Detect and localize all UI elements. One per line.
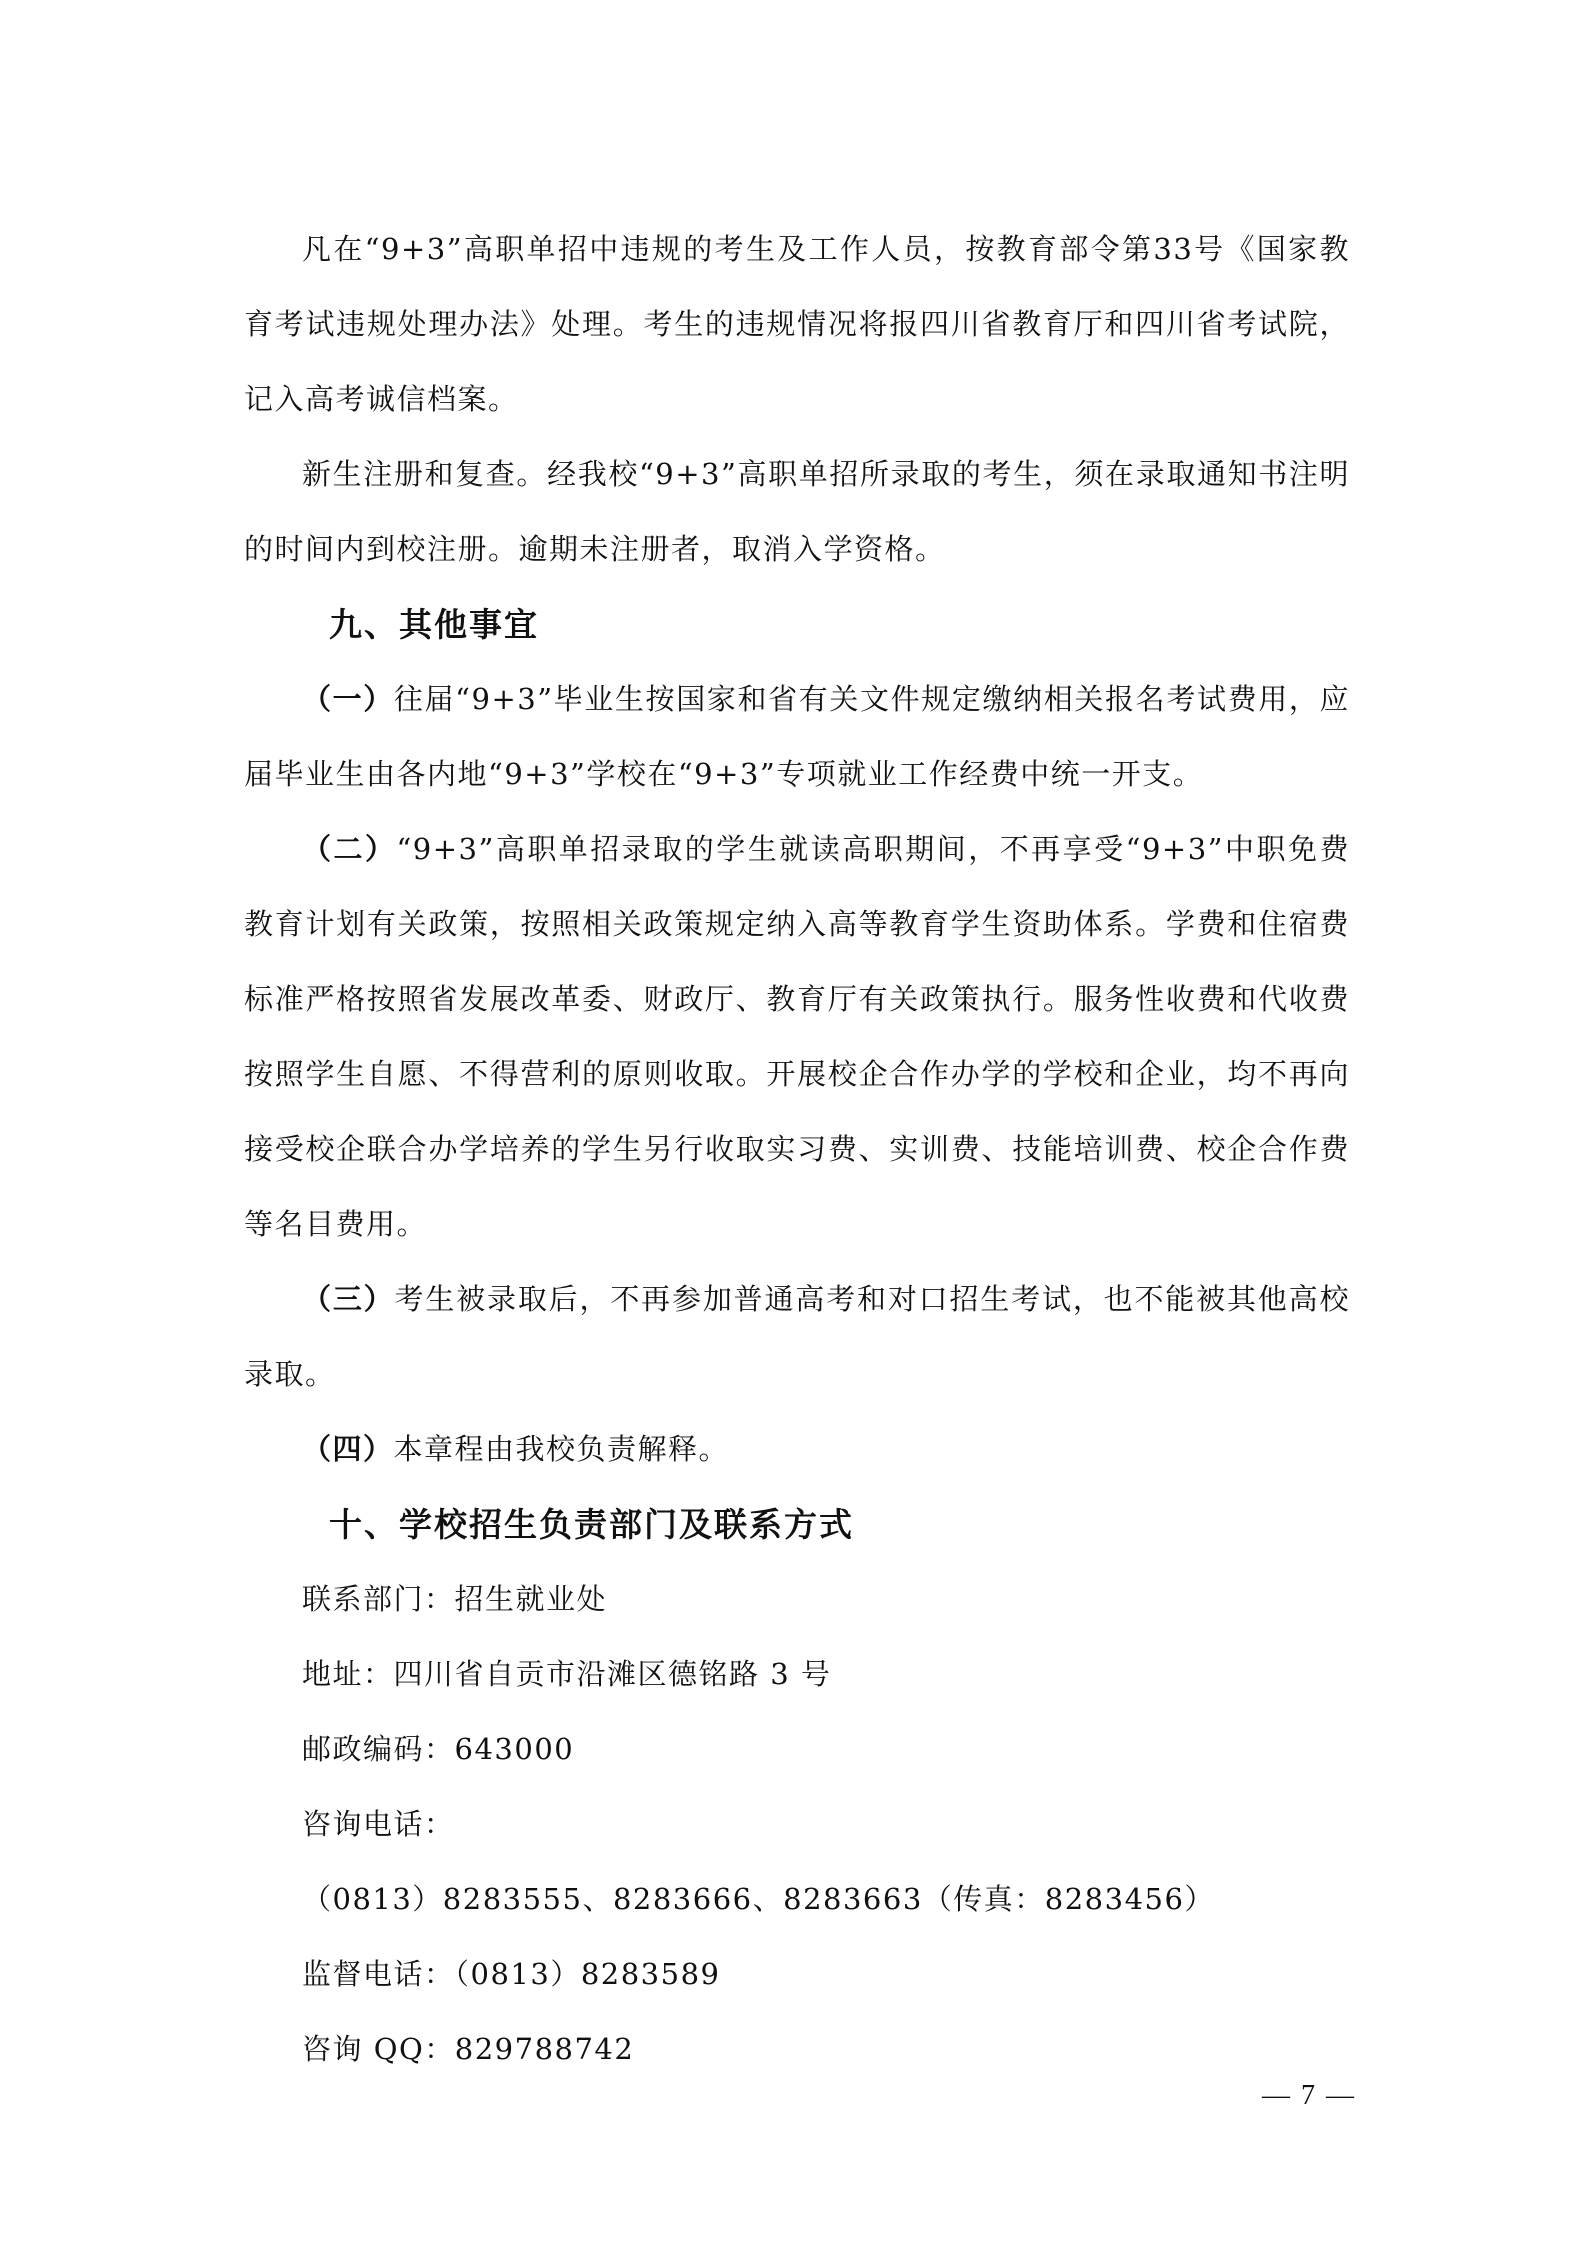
contact-qq-label: 咨询 QQ： [302,2032,455,2066]
page-number: — 7 — [1262,2080,1356,2112]
paragraph-registration: 新生注册和复查。经我校“9+3”高职单招所录取的考生，须在录取通知书注明的时间内… [244,437,1350,587]
item-4-paragraph: （四）本章程由我校负责解释。 [244,1412,1350,1487]
item-4-number: （四） [302,1432,394,1466]
contact-phone-value: （0813）8283555、8283666、8283663（传真：8283456… [302,1882,1215,1916]
contact-supervision-label: 监督电话： [302,1957,455,1991]
contact-department-value: 招生就业处 [455,1582,608,1616]
item-3-number: （三） [302,1282,395,1316]
contact-postcode-label: 邮政编码： [302,1732,455,1766]
item-3-paragraph: （三）考生被录取后，不再参加普通高考和对口招生考试，也不能被其他高校录取。 [244,1262,1350,1412]
section-heading-other-matters: 九、其他事宜 [244,587,1350,662]
contact-address-label: 地址： [302,1657,394,1691]
item-3-text: 考生被录取后，不再参加普通高考和对口招生考试，也不能被其他高校录取。 [244,1282,1350,1391]
contact-qq-value: 829788742 [455,2032,635,2066]
contact-supervision-phone: 监督电话：（0813）8283589 [244,1937,1350,2012]
contact-phone-label: 咨询电话： [302,1807,455,1841]
contact-supervision-value: （0813）8283589 [455,1957,721,1991]
item-4-text: 本章程由我校负责解释。 [394,1432,730,1466]
section-heading-contact: 十、学校招生负责部门及联系方式 [244,1487,1350,1562]
contact-department-label: 联系部门： [302,1582,455,1616]
contact-address-value: 四川省自贡市沿滩区德铭路 3 号 [394,1657,832,1691]
item-2-number: （二） [302,832,396,866]
contact-postcode: 邮政编码：643000 [244,1712,1350,1787]
page-content: 凡在“9+3”高职单招中违规的考生及工作人员，按教育部令第33号《国家教育考试违… [244,212,1350,2087]
paragraph-violation: 凡在“9+3”高职单招中违规的考生及工作人员，按教育部令第33号《国家教育考试违… [244,212,1350,437]
item-1-number: （一） [302,682,394,716]
item-1-paragraph: （一）往届“9+3”毕业生按国家和省有关文件规定缴纳相关报名考试费用，应届毕业生… [244,662,1350,812]
contact-phone: 咨询电话：（0813）8283555、8283666、8283663（传真：82… [244,1787,1350,1937]
contact-department: 联系部门：招生就业处 [244,1562,1350,1637]
item-1-text: 往届“9+3”毕业生按国家和省有关文件规定缴纳相关报名考试费用，应届毕业生由各内… [244,682,1350,791]
document-page: 凡在“9+3”高职单招中违规的考生及工作人员，按教育部令第33号《国家教育考试违… [0,0,1587,2245]
contact-address: 地址：四川省自贡市沿滩区德铭路 3 号 [244,1637,1350,1712]
contact-postcode-value: 643000 [455,1732,575,1766]
item-2-text: “9+3”高职单招录取的学生就读高职期间，不再享受“9+3”中职免费教育计划有关… [244,832,1350,1241]
item-2-paragraph: （二）“9+3”高职单招录取的学生就读高职期间，不再享受“9+3”中职免费教育计… [244,812,1350,1262]
contact-qq: 咨询 QQ：829788742 [244,2012,1350,2087]
